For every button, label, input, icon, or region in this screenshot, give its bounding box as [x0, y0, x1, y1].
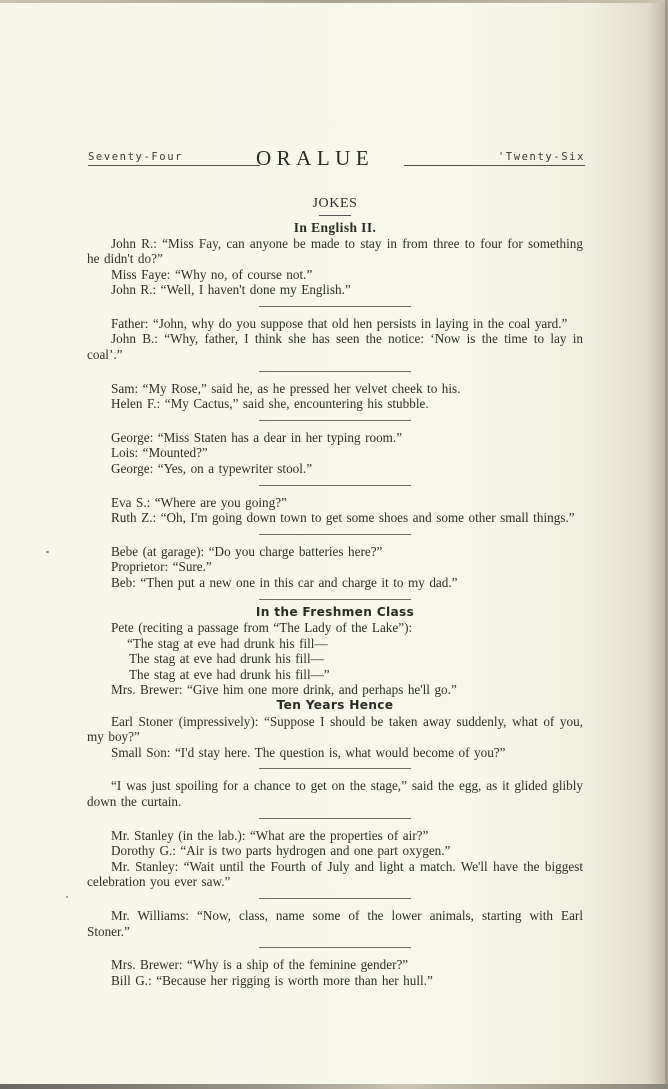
section-in-english-ii: In English II. John R.: “Miss Fay, can a…	[87, 220, 583, 600]
divider	[259, 534, 411, 535]
title-underline	[319, 215, 351, 216]
joke-line: Eva S.: “Where are you going?”	[87, 495, 583, 511]
joke-line: Sam: “My Rose,” said he, as he pressed h…	[87, 381, 583, 397]
verse-line: The stag at eve had drunk his fill—	[87, 651, 583, 667]
joke-line: Dorothy G.: “Air is two parts hydrogen a…	[87, 843, 583, 859]
page-content: JOKES In English II. John R.: “Miss Fay,…	[87, 195, 583, 988]
joke: Eva S.: “Where are you going?” Ruth Z.: …	[87, 495, 583, 526]
joke-line: Beb: “Then put a new one in this car and…	[87, 575, 583, 591]
joke: John R.: “Miss Fay, can anyone be made t…	[87, 236, 583, 298]
header-rule-right	[404, 165, 585, 166]
page-top-edge	[0, 0, 668, 3]
joke-line: Ruth Z.: “Oh, I'm going down town to get…	[87, 510, 583, 526]
joke: George: “Miss Staten has a dear in her t…	[87, 430, 583, 477]
joke-line: Bill G.: “Because her rigging is worth m…	[87, 973, 583, 989]
joke-line: Pete (reciting a passage from “The Lady …	[87, 620, 583, 636]
joke-line: John R.: “Well, I haven't done my Englis…	[87, 282, 583, 298]
joke-line: John R.: “Miss Fay, can anyone be made t…	[87, 236, 583, 267]
joke: Father: “John, why do you suppose that o…	[87, 316, 583, 363]
divider	[259, 818, 411, 819]
section-title: In English II.	[87, 220, 583, 236]
verse-line: “The stag at eve had drunk his fill—	[87, 636, 583, 652]
header-rule-left	[88, 165, 260, 166]
joke-line: Small Son: “I'd stay here. The question …	[87, 745, 583, 761]
joke-line: Mrs. Brewer: “Why is a ship of the femin…	[87, 957, 583, 973]
divider	[259, 485, 411, 486]
page-title: JOKES	[87, 195, 583, 213]
joke-line: Father: “John, why do you suppose that o…	[87, 316, 583, 332]
joke: Mr. Stanley (in the lab.): “What are the…	[87, 828, 583, 890]
joke-line: Bebe (at garage): “Do you charge batteri…	[87, 544, 583, 560]
scanned-page: Seventy-Four ORALUE 'Twenty-Six JOKES In…	[0, 0, 668, 1089]
divider	[259, 898, 411, 899]
divider	[259, 371, 411, 372]
section-title: In the Freshmen Class	[87, 605, 583, 621]
joke-line: Helen F.: “My Cactus,” said she, encount…	[87, 396, 583, 412]
joke: Mr. Williams: “Now, class, name some of …	[87, 908, 583, 939]
joke: Bebe (at garage): “Do you charge batteri…	[87, 544, 583, 591]
joke-line: Lois: “Mounted?”	[87, 445, 583, 461]
publication-title: ORALUE	[256, 146, 374, 171]
joke: Mrs. Brewer: “Why is a ship of the femin…	[87, 957, 583, 988]
section-ten-years-hence: Ten Years Hence Earl Stoner (impressivel…	[87, 698, 583, 988]
joke: Earl Stoner (impressively): “Suppose I s…	[87, 714, 583, 761]
joke-line: Mr. Stanley: “Wait until the Fourth of J…	[87, 859, 583, 890]
page-number-label: Seventy-Four	[88, 151, 183, 163]
section-freshmen-class: In the Freshmen Class Pete (reciting a p…	[87, 605, 583, 698]
print-speck	[66, 896, 68, 898]
joke: “I was just spoiling for a chance to get…	[87, 778, 583, 809]
page-bottom-edge	[0, 1084, 668, 1089]
joke-line: Mr. Williams: “Now, class, name some of …	[87, 908, 583, 939]
print-speck	[46, 551, 49, 553]
joke-line: John B.: “Why, father, I think she has s…	[87, 331, 583, 362]
section-title: Ten Years Hence	[87, 698, 583, 714]
joke-line: Miss Faye: “Why no, of course not.”	[87, 267, 583, 283]
joke-line: Earl Stoner (impressively): “Suppose I s…	[87, 714, 583, 745]
joke-line: Mr. Stanley (in the lab.): “What are the…	[87, 828, 583, 844]
joke-line: George: “Miss Staten has a dear in her t…	[87, 430, 583, 446]
divider	[259, 768, 411, 769]
divider	[259, 420, 411, 421]
verse-line: The stag at eve had drunk his fill—”	[87, 667, 583, 683]
divider	[259, 947, 411, 948]
joke-line: Mrs. Brewer: “Give him one more drink, a…	[87, 682, 583, 698]
divider	[259, 599, 411, 600]
divider	[259, 306, 411, 307]
running-header: Seventy-Four ORALUE 'Twenty-Six	[88, 148, 585, 170]
joke-line: Proprietor: “Sure.”	[87, 559, 583, 575]
joke-line: “I was just spoiling for a chance to get…	[87, 778, 583, 809]
joke-line: George: “Yes, on a typewriter stool.”	[87, 461, 583, 477]
class-year-label: 'Twenty-Six	[498, 151, 585, 163]
joke: Sam: “My Rose,” said he, as he pressed h…	[87, 381, 583, 412]
